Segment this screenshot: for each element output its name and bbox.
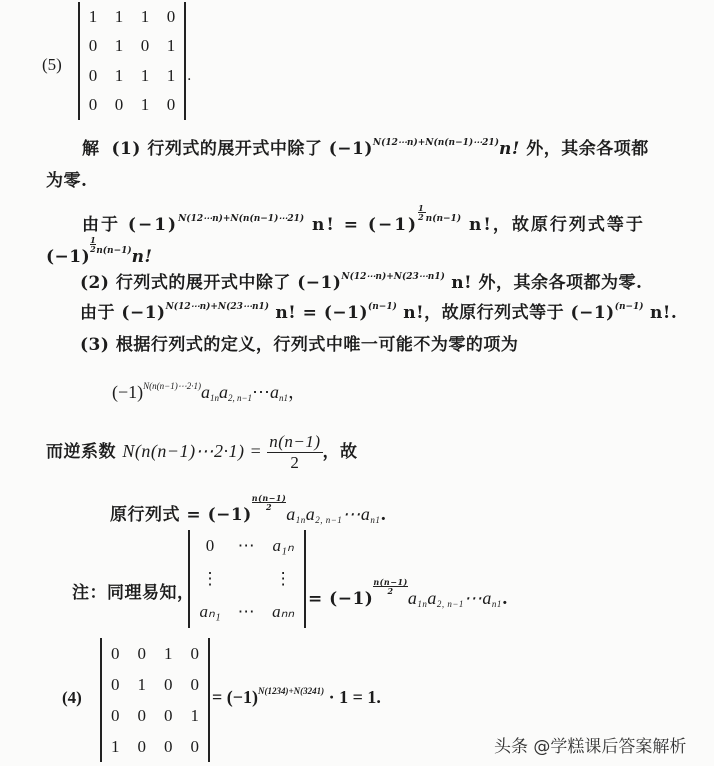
note-result: = (−1)n(n−1)2a1na2, n−1⋯an1. bbox=[308, 578, 508, 609]
problem-4-label: (4) bbox=[62, 688, 82, 708]
inversion-fraction: n(n−1)2 bbox=[267, 432, 322, 473]
problem-5-determinant: 1110 0101 0111 0010 bbox=[78, 2, 186, 120]
solution-part3-inversion: 而逆系数 N(n(n−1)⋯2·1) = n(n−1)2，故 bbox=[46, 432, 358, 473]
problem-4-determinant: 0010 0100 0001 1000 bbox=[100, 638, 210, 762]
note-label: 注：同理易知， bbox=[72, 578, 195, 603]
problem-4-result: = (−1)N(1234)+N(3241) · 1 = 1. bbox=[212, 686, 381, 708]
half-fraction: 12 bbox=[418, 204, 426, 221]
problem-5-period: . bbox=[187, 68, 191, 84]
solution-part1-line2: 为零. bbox=[46, 166, 87, 191]
problem-5-label: (5) bbox=[42, 55, 62, 75]
note-determinant: 0⋯a₁ₙ ⋮⋮ aₙ₁⋯aₙₙ bbox=[188, 530, 306, 628]
solution-part3-line1: (3) 根据行列式的定义，行列式中唯一可能不为零的项为 bbox=[80, 330, 518, 355]
watermark: 头条 @学糕课后答案解析 bbox=[494, 732, 686, 757]
solution-part3-term: (−1)N(n(n−1)⋯2·1)a1na2, n−1⋯an1， bbox=[112, 378, 306, 404]
solution-part1-line1: 解(1) 行列式的展开式中除了 (−1)N(12⋯n)+N(n(n−1)⋯21)… bbox=[82, 134, 649, 159]
solution-part1-line4: (−1)12n(n−1)n! bbox=[46, 236, 153, 267]
solution-heading: 解 bbox=[82, 139, 100, 159]
solution-part3-result: 原行列式 = (−1)n(n−1)2a1na2, n−1⋯an1. bbox=[110, 494, 387, 525]
solution-part2-line1: (2) 行列式的展开式中除了 (−1)N(12⋯n)+N(23⋯n1) n! 外… bbox=[80, 268, 642, 293]
solution-part2-line2: 由于 (−1)N(12⋯n)+N(23⋯n1) n! = (−1)(n−1) n… bbox=[80, 298, 677, 323]
solution-part1-line3: 由于 (−1)N(12⋯n)+N(n(n−1)⋯21) n! = (−1)12n… bbox=[82, 204, 645, 235]
